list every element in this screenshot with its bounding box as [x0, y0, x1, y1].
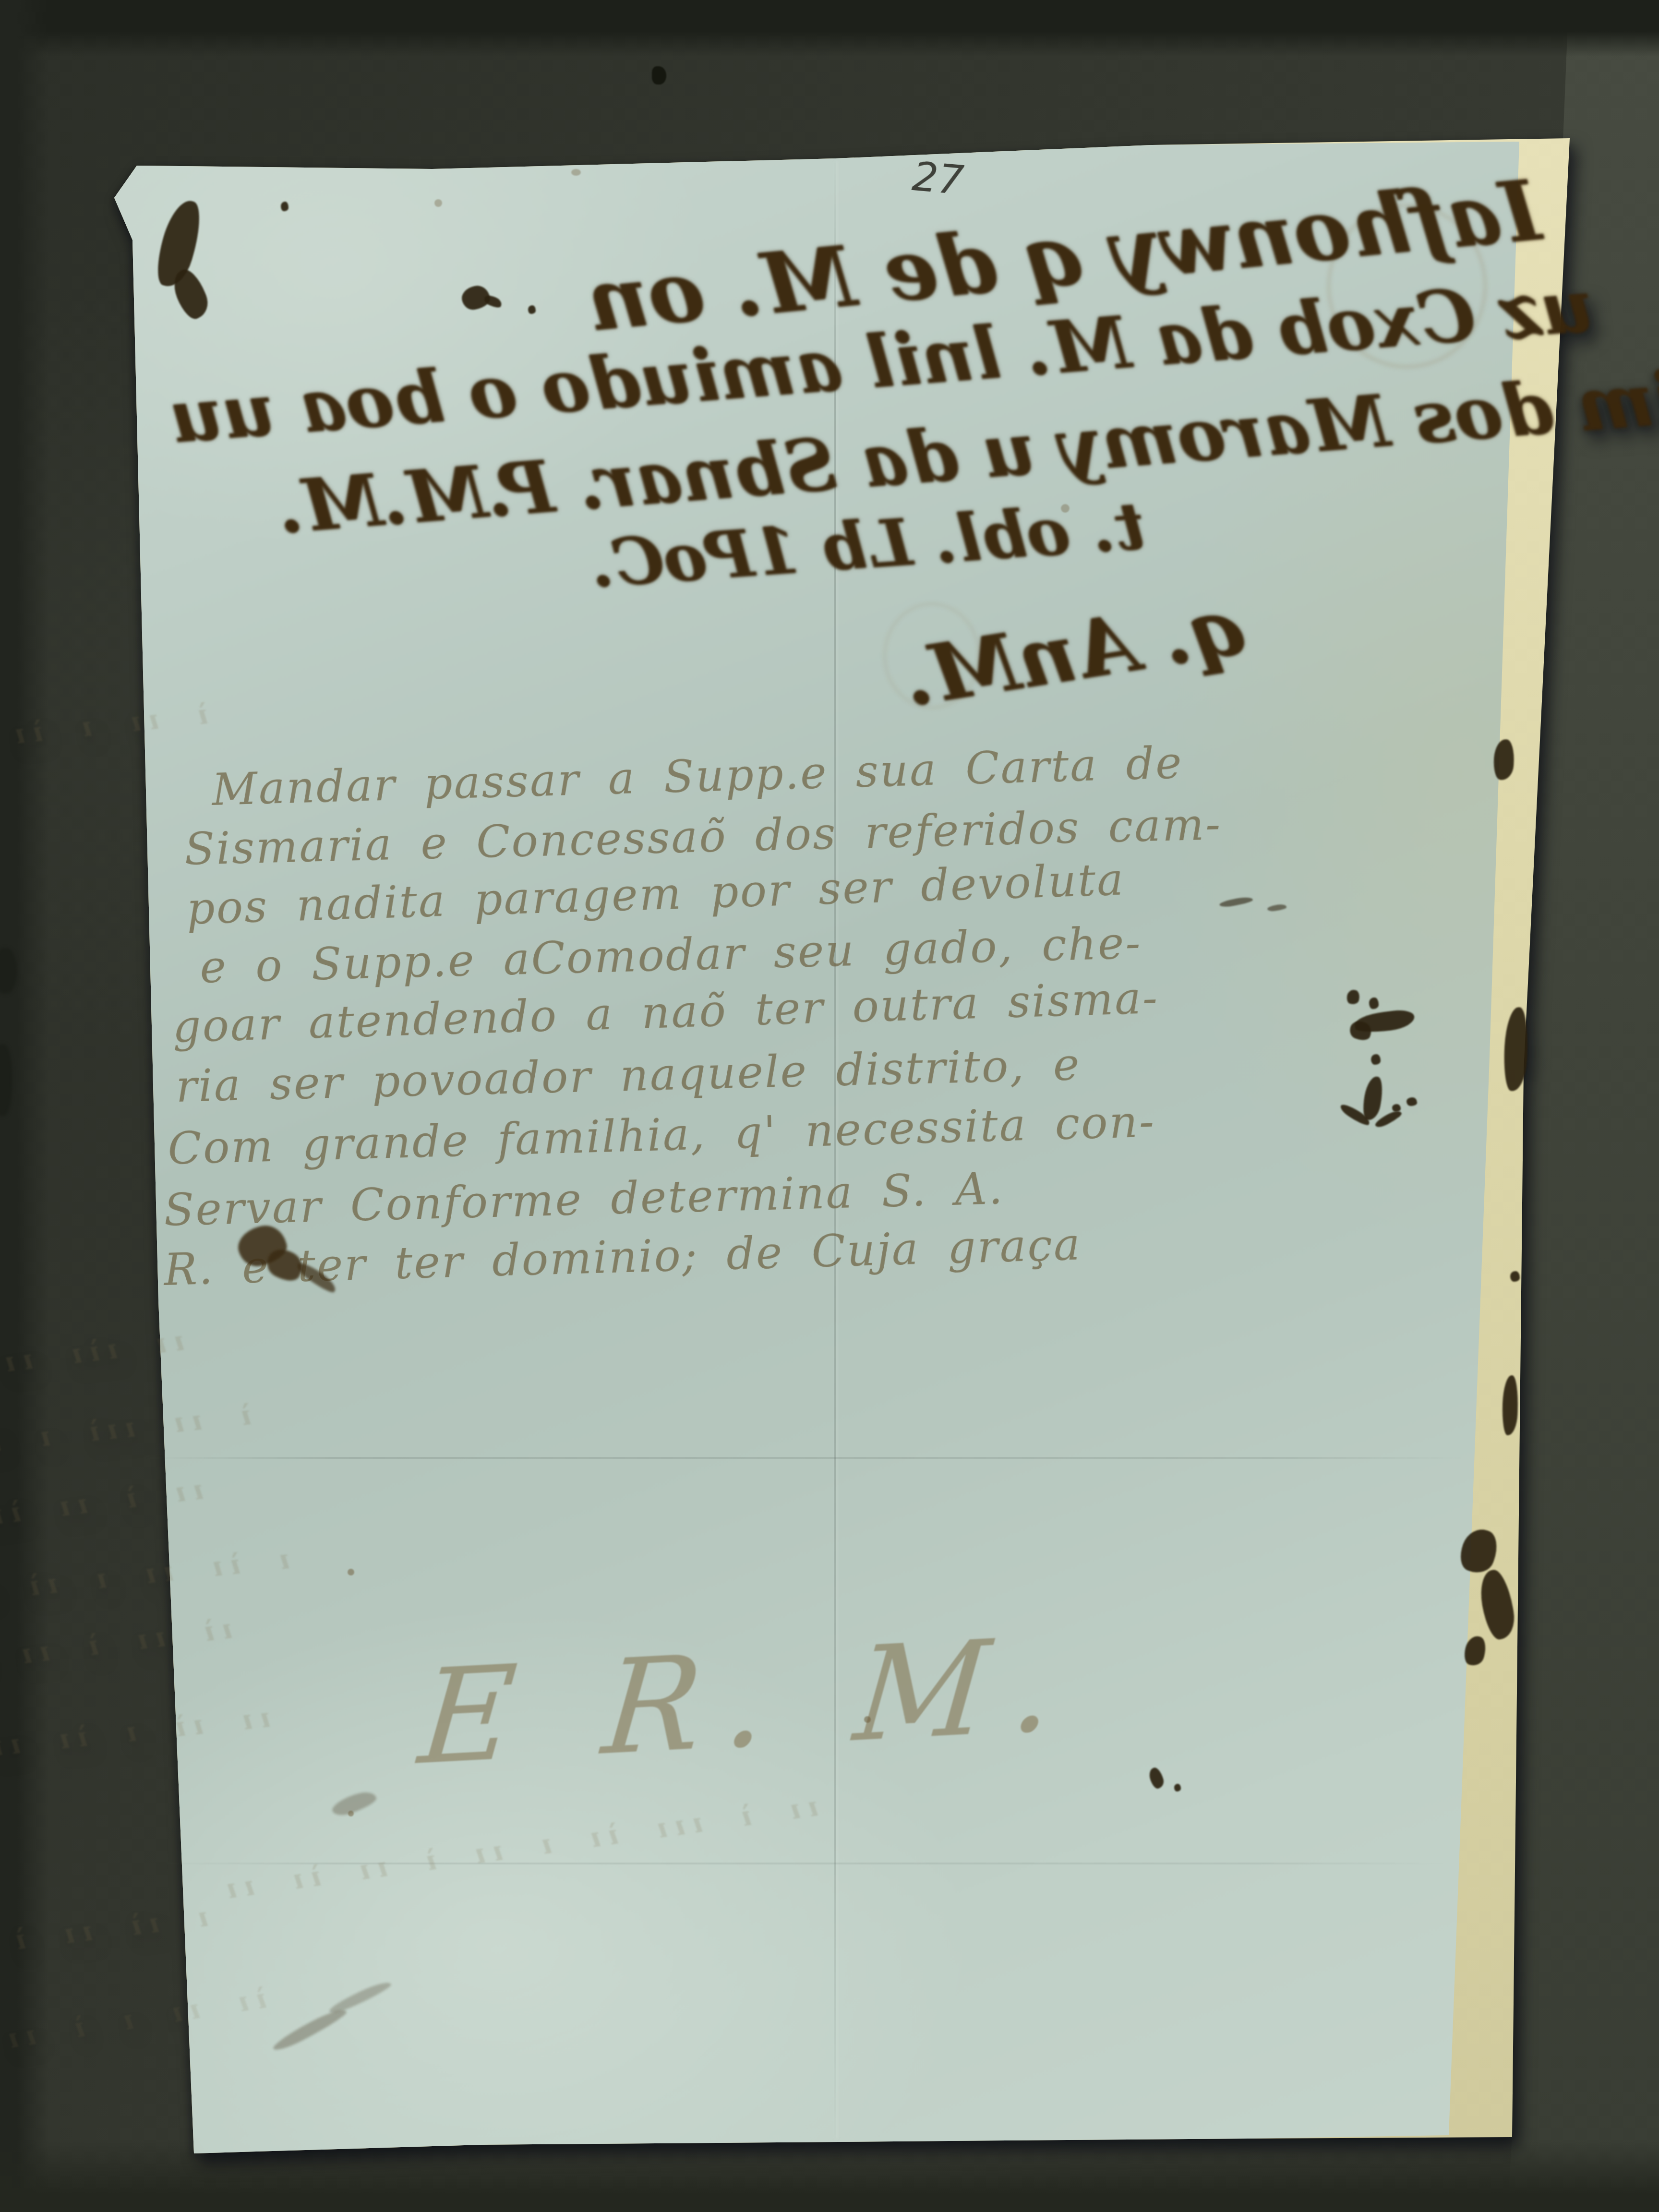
paper-fleck [1061, 504, 1070, 513]
paper-fleck [864, 1716, 871, 1723]
ink-blot [1174, 1784, 1181, 1791]
ink-blot [281, 202, 289, 211]
edge-ink-blot [1510, 1271, 1520, 1282]
horizontal-fold-crease [144, 1457, 1464, 1459]
paper-fleck [348, 1811, 354, 1816]
page-number: 27 [910, 153, 965, 204]
ink-blot [1392, 1104, 1401, 1112]
paper-fleck [348, 1569, 354, 1575]
paper-fleck [434, 199, 442, 207]
bleedthrough-ghost-row: ı ıì ıı ì ıı ıı ìı ı ıı ì [0, 1901, 210, 2002]
manuscript-page: 27 Iafhonwy q de M. on uz Cxob da M. lni… [0, 0, 1659, 2212]
ink-mark [1369, 998, 1379, 1009]
ink-blot [528, 305, 536, 314]
ink-blot [1407, 1097, 1417, 1106]
ink-blot [1371, 1054, 1381, 1065]
paper-fleck [571, 169, 581, 176]
